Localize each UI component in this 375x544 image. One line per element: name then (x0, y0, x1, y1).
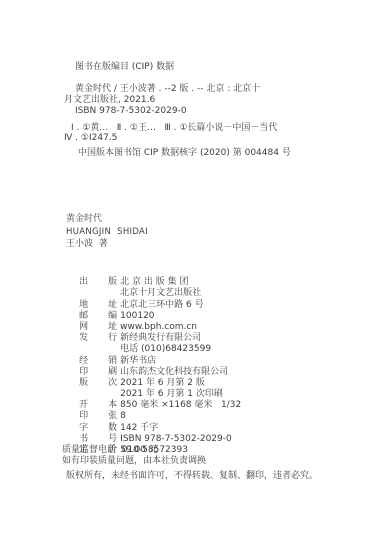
cip-record-number: 中国版本图书馆 CIP 数据核字 (2020) 第 004484 号 (78, 148, 291, 158)
colophon-label: 出版 (79, 277, 117, 288)
colophon-value: 2021 年 6 月第 1 次印刷 (120, 389, 223, 399)
colophon-label: 印刷 (79, 367, 117, 378)
colophon-value: 142 千字 (120, 423, 158, 433)
cip-classification-line1: Ⅰ . ①黄… Ⅱ . ①王… Ⅲ . ①长篇小说－中国－当代 (71, 123, 277, 133)
cip-entry-line2: 月文艺出版社, 2021.6 (64, 95, 155, 105)
colophon-label: 开本 (79, 400, 117, 411)
colophon-label: 网址 (79, 322, 117, 333)
colophon-value: 8 (120, 411, 126, 421)
colophon-value: 北京十月文艺出版社 (120, 288, 201, 298)
colophon-label: 经销 (79, 356, 117, 367)
colophon-value: 2021 年 6 月第 2 版 (120, 378, 205, 388)
cip-isbn: ISBN 978-7-5302-2029-0 (75, 106, 187, 116)
colophon-label: 书号 (79, 434, 117, 445)
colophon-value: 北京北三环中路 6 号 (120, 300, 203, 310)
colophon-label: 字数 (79, 423, 117, 434)
colophon-label: 版次 (79, 378, 117, 389)
cip-entry-line1: 黄金时代 / 王小波著 . --2 版 . -- 北京 : 北京十 (75, 84, 260, 94)
book-title: 黄金时代 (66, 214, 102, 224)
book-title-pinyin: HUANGJIN SHIDAI (66, 227, 148, 237)
colophon-label: 邮编 (79, 311, 117, 322)
cip-classification-line2: Ⅳ . ①I247.5 (64, 133, 117, 143)
cip-header: 图书在版编目 (CIP) 数据 (75, 62, 174, 72)
colophon-value: 山东韵杰文化科技有限公司 (120, 367, 228, 377)
colophon-value: 新经典发行有限公司 (120, 333, 201, 343)
colophon-value: 850 毫米 ×1168 毫米 1/32 (120, 400, 241, 410)
quality-phone-line: 质量监督电话 010-58572393 (62, 445, 362, 456)
colophon-value: 北 京 出 版 集 团 (120, 277, 188, 287)
colophon-label: 发行 (79, 333, 117, 344)
colophon-value: www.bph.com.cn (120, 322, 197, 332)
colophon-value: 电话 (010)68423599 (120, 344, 211, 354)
copyright-notice: 版权所有，未经书面许可，不得转载、复制、翻印，违者必究。 (66, 471, 318, 481)
colophon-value: 100120 (120, 311, 154, 321)
copyright-page: 图书在版编目 (CIP) 数据 黄金时代 / 王小波著 . --2 版 . --… (0, 0, 375, 544)
quality-note-line: 如有印装质量问题，由本社负责调换 (62, 456, 362, 467)
book-author: 王小波 著 (66, 239, 108, 249)
colophon-label: 印张 (79, 411, 117, 422)
colophon-value: 新华书店 (120, 356, 156, 366)
colophon-value: ISBN 978-7-5302-2029-0 (120, 434, 232, 444)
colophon-label: 地址 (79, 300, 117, 311)
colophon-list: 出版北 京 出 版 集 团 北京十月文艺出版社 地址北京北三环中路 6 号 邮编… (62, 266, 362, 467)
row-publisher: 出版北 京 出 版 集 团 (62, 266, 362, 277)
